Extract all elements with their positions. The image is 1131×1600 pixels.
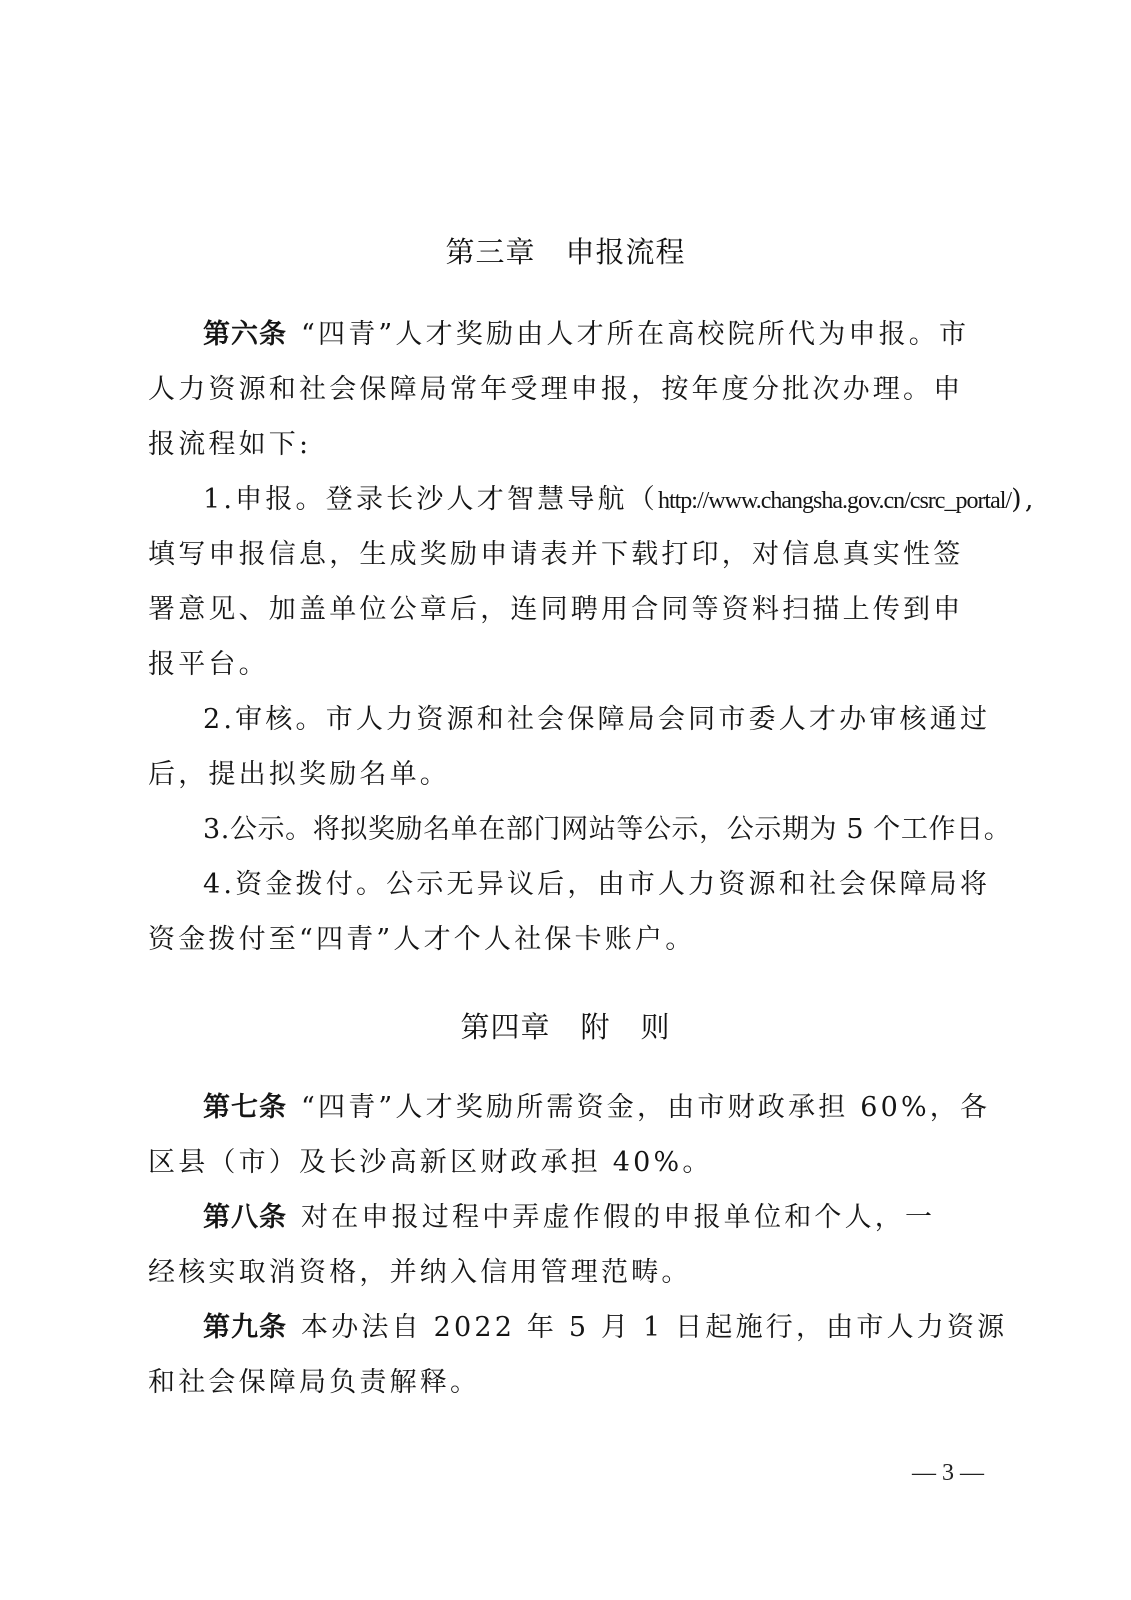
article-6-line-2: 人力资源和社会保障局常年受理申报，按年度分批次办理。申 (148, 370, 968, 410)
article-7-label: 第七条 (203, 1092, 287, 1123)
article-7-line-1: 第七条“四青”人才奖励所需资金，由市财政承担 60%，各 (203, 1088, 968, 1128)
step-2-line-1: 2.审核。市人力资源和社会保障局会同市委人才办审核通过 (203, 700, 968, 740)
document-page: 第三章 申报流程 第六条“四青”人才奖励由人才所在高校院所代为申报。市 人力资源… (0, 0, 1131, 1600)
chapter-3-heading: 第三章 申报流程 (0, 230, 1131, 271)
step-2-line-2: 后，提出拟奖励名单。 (148, 755, 968, 795)
page-number: — 3 — (912, 1460, 984, 1487)
article-8-label: 第八条 (203, 1202, 287, 1233)
article-6-label: 第六条 (203, 319, 287, 350)
article-8-line-2: 经核实取消资格，并纳入信用管理范畴。 (148, 1253, 968, 1293)
step-1-line-2: 填写申报信息，生成奖励申请表并下载打印，对信息真实性签 (148, 535, 968, 575)
article-8-line-1: 第八条对在申报过程中弄虚作假的申报单位和个人，一 (203, 1198, 968, 1238)
portal-link[interactable]: http://www.changsha.gov.cn/csrc_portal/ (658, 488, 1011, 514)
article-6-line-3: 报流程如下: (148, 425, 968, 465)
article-6-line-1: 第六条“四青”人才奖励由人才所在高校院所代为申报。市 (203, 315, 968, 355)
step-4-line-2: 资金拨付至“四青”人才个人社保卡账户。 (148, 920, 968, 960)
chapter-4-heading: 第四章 附 则 (0, 1005, 1131, 1046)
step-1-line-3: 署意见、加盖单位公章后，连同聘用合同等资料扫描上传到申 (148, 590, 968, 630)
article-7-line-2: 区县（市）及长沙高新区财政承担 40%。 (148, 1143, 968, 1183)
step-1-line-1: 1.申报。登录长沙人才智慧导航（http://www.changsha.gov.… (203, 480, 968, 521)
article-9-line-1: 第九条本办法自 2022 年 5 月 1 日起施行，由市人力资源 (203, 1308, 968, 1348)
step-1-line-4: 报平台。 (148, 645, 968, 685)
step-3-line-1: 3.公示。将拟奖励名单在部门网站等公示，公示期为 5 个工作日。 (203, 810, 968, 850)
article-9-label: 第九条 (203, 1312, 287, 1343)
step-4-line-1: 4.资金拨付。公示无异议后，由市人力资源和社会保障局将 (203, 865, 968, 905)
article-9-line-2: 和社会保障局负责解释。 (148, 1363, 968, 1403)
